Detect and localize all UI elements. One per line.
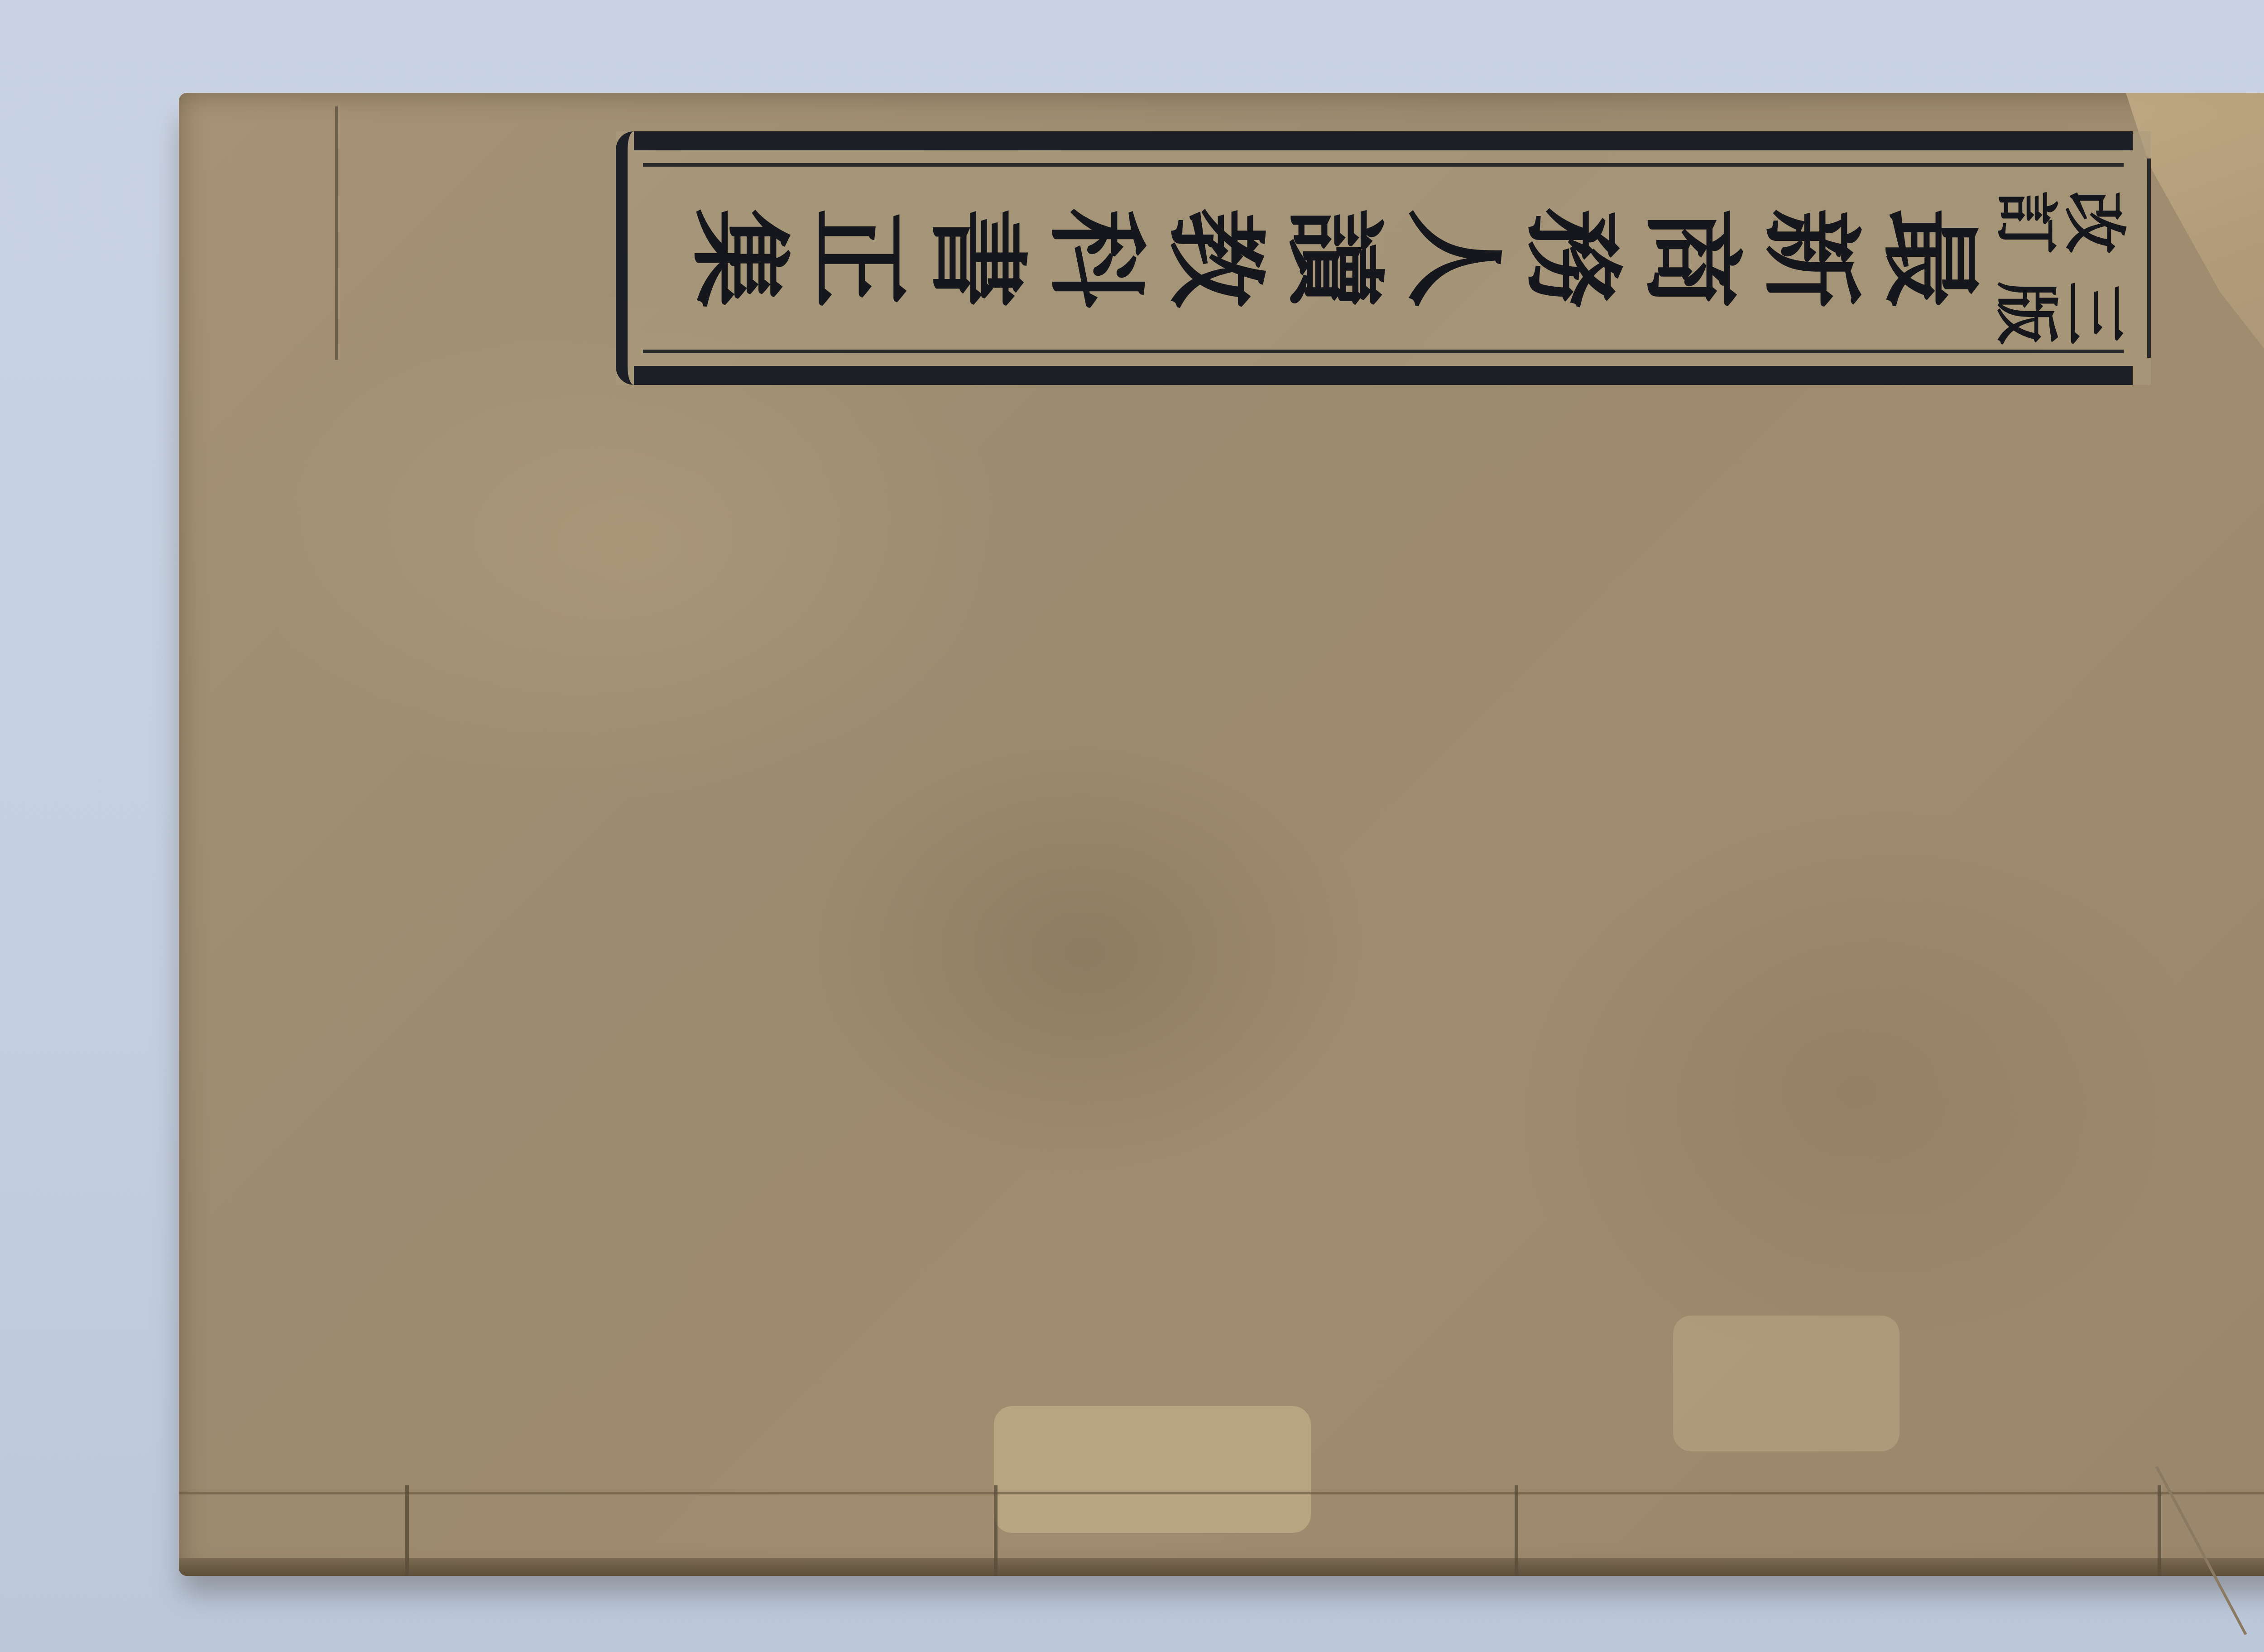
binding-stitch (405, 1485, 409, 1576)
edition-mark: 訂 改 版 三 (1997, 177, 2133, 340)
edition-char: 三 (2053, 281, 2144, 345)
label-rule-bottom (643, 350, 2124, 353)
binding-stitch (994, 1485, 998, 1576)
title-label: 集 正 書 科 教 讀 人 務 商 新 最 訂 改 版 三 (616, 131, 2151, 385)
label-rule-right (2147, 158, 2151, 358)
label-scroll-ornament (616, 131, 643, 385)
edition-char: 改 (2053, 190, 2144, 254)
torn-patch (1673, 1316, 1899, 1451)
label-border-top (634, 131, 2133, 150)
label-rule-top (643, 163, 2124, 167)
label-rule (335, 106, 338, 360)
binding-line (179, 1492, 2264, 1494)
torn-patch (994, 1406, 1311, 1533)
label-border-bottom (634, 366, 2133, 385)
binding-stitch (2158, 1485, 2161, 1576)
binding-stitch (1515, 1485, 1518, 1576)
book-title: 集 正 書 科 教 讀 人 務 商 新 最 (697, 199, 1988, 317)
spine-edge (179, 1558, 2264, 1576)
